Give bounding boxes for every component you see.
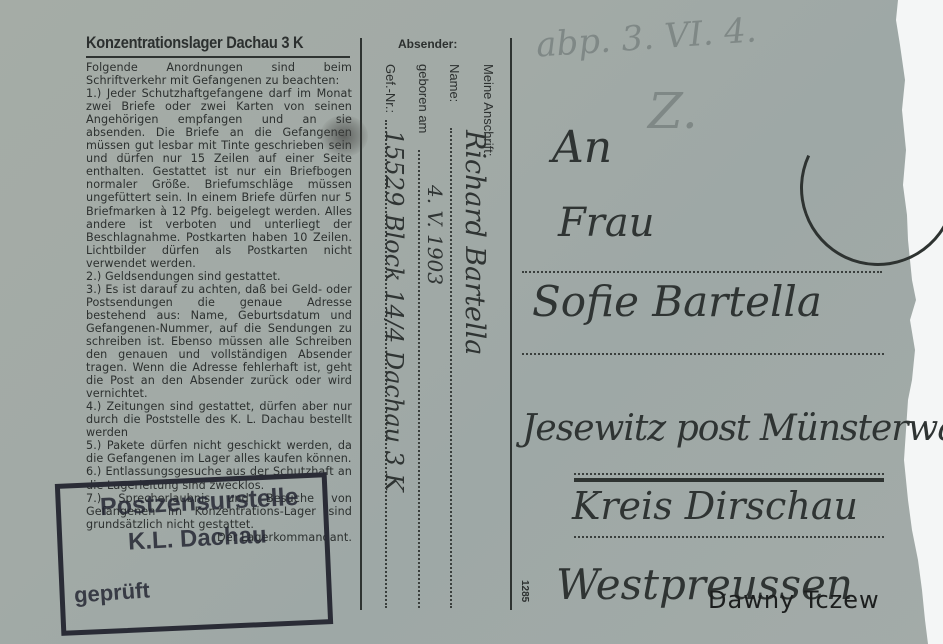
title-underline xyxy=(86,56,350,58)
sender-birth-value: 4. V. 1903 xyxy=(423,185,447,285)
address-line-1 xyxy=(522,271,882,273)
regulations-text: Folgende Anordnungen sind beim Schriftve… xyxy=(86,61,352,544)
form-number: 1285 xyxy=(519,580,530,602)
regulation-1: 1.) Jeder Schutzhaftgefangene darf im Mo… xyxy=(86,87,352,270)
regulation-5: 5.) Pakete dürfen nicht geschickt werden… xyxy=(86,439,352,465)
form-title: Konzentrationslager Dachau 3 K xyxy=(86,33,303,53)
column-divider-right xyxy=(510,38,512,610)
address-underline xyxy=(574,478,884,482)
sender-number-value: 15529 Block 14/4 Dachau 3 K xyxy=(380,130,408,492)
birth-dotted-line xyxy=(418,150,420,608)
recipient-title: Frau xyxy=(558,200,654,246)
ink-smudge xyxy=(320,115,368,157)
sender-name-label: Name: xyxy=(447,64,462,102)
watermark: Dawny Tczew xyxy=(708,586,880,614)
sender-name-value: Richard Bartella xyxy=(459,130,490,355)
regulation-4: 4.) Zeitungen sind gestattet, dürfen abe… xyxy=(86,400,352,439)
censor-stamp-line-3: geprüft xyxy=(73,577,150,608)
regulation-2: 2.) Geldsendungen sind gestattet. xyxy=(86,270,352,283)
pencil-mark: Z. xyxy=(648,82,698,140)
address-line-2 xyxy=(522,353,884,355)
recipient-district: Kreis Dirschau xyxy=(572,484,858,528)
regulation-3: 3.) Es ist darauf zu achten, daß bei Gel… xyxy=(86,283,352,400)
recipient-salutation: An xyxy=(552,122,612,173)
address-line-4 xyxy=(574,536,884,538)
name-dotted-line xyxy=(450,128,452,608)
sender-birth-label: geboren am xyxy=(416,64,431,133)
address-line-3 xyxy=(574,473,884,475)
sender-heading: Absender: xyxy=(398,37,457,51)
recipient-name: Sofie Bartella xyxy=(532,277,822,326)
recipient-town: Jesewitz post Münsterwalde xyxy=(522,408,943,449)
regulation-intro: Folgende Anordnungen sind beim Schriftve… xyxy=(86,61,352,87)
sender-number-label: Gef.-Nr.: xyxy=(383,64,398,113)
